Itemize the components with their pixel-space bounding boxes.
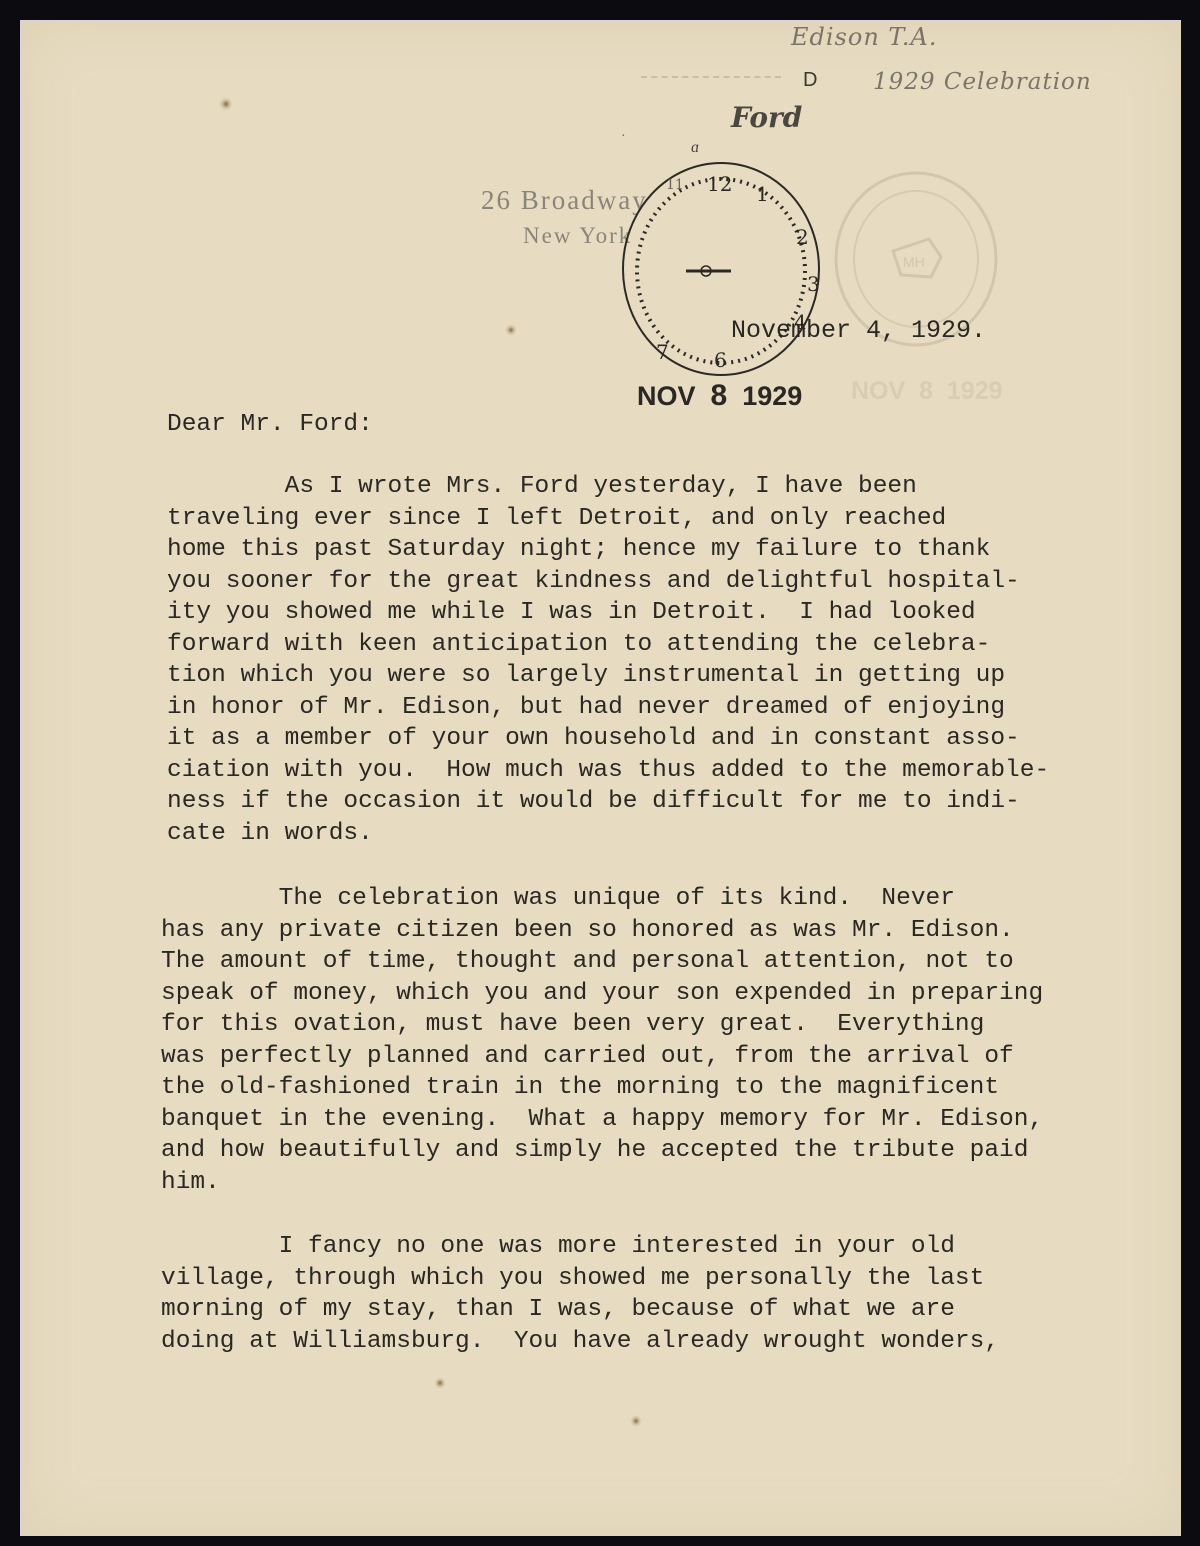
text-line: for this ovation, must have been very gr… [161, 1009, 1043, 1041]
text-line: has any private citizen been so honored … [161, 915, 1043, 947]
text-line: forward with keen anticipation to attend… [167, 629, 1049, 661]
paragraph-1: As I wrote Mrs. Ford yesterday, I have b… [167, 471, 1049, 849]
text-line: speak of money, which you and your son e… [161, 978, 1043, 1010]
text-line: morning of my stay, than I was, because … [161, 1294, 999, 1326]
text-line: him. [161, 1167, 1043, 1199]
stamp-day-faint: 8 [919, 377, 933, 405]
text-line: you sooner for the great kindness and de… [167, 566, 1049, 598]
text-line: cate in words. [167, 818, 1049, 850]
small-mark: · [621, 129, 626, 145]
svg-text:3: 3 [807, 272, 820, 296]
small-mark-2: ɑ [691, 139, 699, 157]
stamp-month: NOV [637, 381, 696, 411]
letter-date: November 4, 1929. [731, 315, 986, 347]
svg-text:2: 2 [796, 225, 809, 249]
text-line: doing at Williamsburg. You have already … [161, 1326, 999, 1358]
received-stamp: NOV 8 1929 [637, 379, 802, 413]
text-line: I fancy no one was more interested in yo… [161, 1231, 999, 1263]
stamp-month-faint: NOV [851, 377, 905, 405]
text-line: in honor of Mr. Edison, but had never dr… [167, 692, 1049, 724]
text-line: ciation with you. How much was thus adde… [167, 755, 1049, 787]
text-line: traveling ever since I left Detroit, and… [167, 503, 1049, 535]
paper-spot [435, 1376, 445, 1390]
text-line: The celebration was unique of its kind. … [161, 883, 1043, 915]
pencil-annotation-subject: 1929 Celebration [873, 69, 1092, 95]
paragraph-3: I fancy no one was more interested in yo… [161, 1231, 999, 1357]
svg-text:6: 6 [714, 348, 727, 372]
text-line: tion which you were so largely instrumen… [167, 660, 1049, 692]
text-line: was perfectly planned and carried out, f… [161, 1041, 1043, 1073]
paper-spot [505, 324, 517, 336]
text-line: village, through which you showed me per… [161, 1263, 999, 1295]
letter-page: Edison T.A. 1929 Celebration D Ford · ɑ … [20, 20, 1181, 1536]
text-line: The amount of time, thought and personal… [161, 946, 1043, 978]
stamp-day: 8 [711, 379, 728, 412]
ford-mark: Ford [731, 101, 802, 134]
paper-spot [631, 1414, 641, 1428]
svg-text:1: 1 [756, 182, 769, 206]
d-mark: D [803, 69, 817, 92]
text-line: the old-fashioned train in the morning t… [161, 1072, 1043, 1104]
paper-spot [219, 97, 233, 111]
svg-text:MH: MH [903, 254, 925, 270]
svg-text:12: 12 [707, 172, 732, 196]
text-line: home this past Saturday night; hence my … [167, 534, 1049, 566]
svg-text:7: 7 [656, 340, 669, 364]
text-line: banquet in the evening. What a happy mem… [161, 1104, 1043, 1136]
faint-dash-line [641, 76, 781, 80]
text-line: As I wrote Mrs. Ford yesterday, I have b… [167, 471, 1049, 503]
salutation: Dear Mr. Ford: [167, 409, 373, 441]
svg-text:11: 11 [666, 177, 684, 193]
text-line: ness if the occasion it would be difficu… [167, 786, 1049, 818]
clock-stamp-icon: 12 1 2 3 4 6 7 11 [611, 159, 831, 381]
stamp-year-faint: 1929 [947, 377, 1003, 405]
pencil-annotation-name: Edison T.A. [791, 23, 937, 51]
text-line: it as a member of your own household and… [167, 723, 1049, 755]
paragraph-2: The celebration was unique of its kind. … [161, 883, 1043, 1198]
text-line: and how beautifully and simply he accept… [161, 1135, 1043, 1167]
text-line: ity you showed me while I was in Detroit… [167, 597, 1049, 629]
stamp-year: 1929 [742, 381, 802, 411]
received-stamp-faint: NOV 8 1929 [851, 377, 1003, 406]
